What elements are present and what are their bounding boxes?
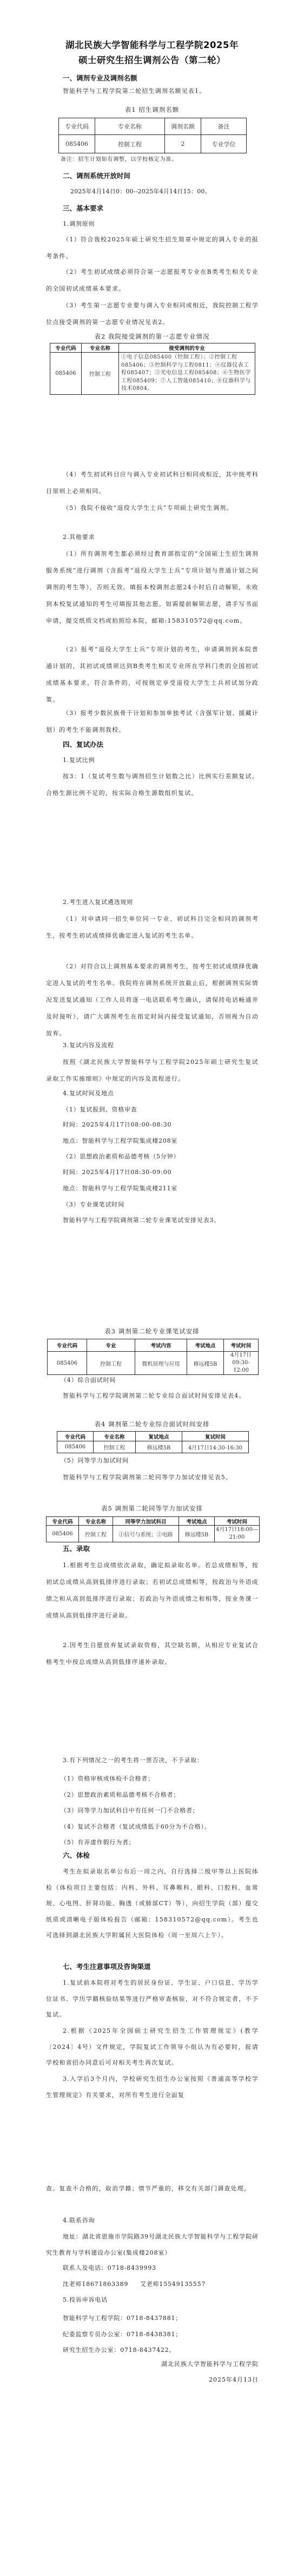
list-item: 纪委监察专员办公室：0718-8438381； bbox=[63, 2327, 182, 2343]
subheading-adjust-principle: 1.调剂原则 bbox=[63, 219, 95, 230]
table-header: 考试时间 bbox=[215, 1517, 260, 1526]
table-2-accepted-majors: 专业代码 专业名称 接受调剂的专业 085406 控制工程 ①电子信息08540… bbox=[50, 343, 255, 395]
table-cell: 085406 bbox=[57, 1441, 94, 1453]
veto-conditions-heading: 3.有下列情况之一的考生将一票否决，不予录取： bbox=[63, 1755, 203, 1766]
interview-text: 智能科学与工程学院调剂第二轮专业综合面试时间安排见表4。 bbox=[46, 1387, 259, 1404]
political-assessment-heading: （2）思想政治素质和品德考核（5分钟） bbox=[63, 1151, 180, 1162]
table-header: 调剂名额 bbox=[165, 118, 201, 135]
selection-rule-2: （2）对符合以上调剂基本要求的调剂考生，按考生初试成绩择优确定进入复试的考生名单… bbox=[46, 958, 259, 1042]
interview-heading: （4）综合面试时间 bbox=[61, 1375, 116, 1386]
table-cell: 4月17日18:00—21:00 bbox=[215, 1526, 260, 1542]
table-header: 考试地点 bbox=[187, 1339, 224, 1352]
political-assessment-time: 时间：2025年4月17日08:30-09:00 bbox=[63, 1167, 171, 1178]
table-1-caption: 表1 招生调剂名额 bbox=[0, 104, 304, 115]
contact-person-1: 沈老师18671863389 bbox=[63, 2279, 128, 2290]
requirement-2: （2）报考“退役大学生士兵”专项计划的考生，申请调剂到本院普通计划的，其初试成绩… bbox=[46, 641, 259, 708]
table-header: 考试内容 bbox=[135, 1339, 187, 1352]
equivalent-exam-text: 智能科学与工程学院调剂第二轮同等学力加试安排见表5。 bbox=[46, 1469, 259, 1486]
table-row: 085406 控制工程 2 专业学位 bbox=[59, 135, 247, 153]
table-1-note: 备注：招生计划如有调整，以学校核定为准。 bbox=[61, 155, 177, 165]
title-line-2: 硕士研究生招生调剂公告（第二轮） bbox=[0, 53, 304, 68]
table-cell: 085406 bbox=[50, 353, 82, 395]
table-1-quota: 专业代码 专业名称 调剂名额 备注 085406 控制工程 2 专业学位 bbox=[58, 118, 247, 153]
table-header: 复试时间 bbox=[182, 1432, 249, 1441]
table-5-caption: 表5 调剂第二轮同等学力加试安排 bbox=[0, 1503, 304, 1514]
principle-4: （4）考生初试科目应与调入专业初试科目相同或相近，其中统考科目原则上必须相同。 bbox=[46, 466, 259, 500]
retest-ratio-text: 按3：1（复试考生数与调剂招生计划数之比）比例实行差额复试。合格生源比例不足的，… bbox=[46, 768, 259, 801]
signature-date: 2025年4月13日 bbox=[209, 2375, 259, 2385]
table-cell: 修远楼5B bbox=[187, 1352, 224, 1375]
principle-3: （3）考生第一志愿专业要与调入专业相同或相近，我院控制工程学位点接受调剂的第一志… bbox=[46, 297, 259, 331]
table-row: 085406 控制工程 ①信号与系统；②电路 修远楼5B 4月17日18:00—… bbox=[47, 1526, 260, 1542]
table-cell: 专业学位 bbox=[201, 135, 247, 153]
list-item: （3）同等学力加试科目中有任何一门不合格者； bbox=[61, 1803, 211, 1819]
section-6-heading: 六、体检 bbox=[63, 1850, 90, 1861]
table-cell: 085406 bbox=[59, 135, 95, 153]
signature-organization: 湖北民族大学智能科学与工程学院 bbox=[161, 2359, 259, 2370]
subheading-selection-rules: 2.考生进入复试遴选规则 bbox=[63, 897, 133, 908]
table-2-caption: 表2 我院接受调剂的第一志愿专业情况 bbox=[0, 331, 304, 342]
contact-person-2: 艾老师15549135557 bbox=[140, 2279, 206, 2290]
table-4-caption: 表4 调剂第二轮专业综合面试时间安排 bbox=[0, 1419, 304, 1429]
table-3-written-exam: 专业代码 专业 考试内容 考试地点 考试时间 085406 控制工程 微机原理与… bbox=[47, 1339, 259, 1375]
list-item: 智能科学与工程学院：0718-8437881； bbox=[63, 2310, 182, 2327]
table-cell: 4月17日 09:30-12:00 bbox=[224, 1352, 259, 1375]
table-header: 专业代码 bbox=[47, 1517, 79, 1526]
table-header: 专业代码 bbox=[59, 118, 95, 135]
section-2-heading: 二、调剂系统开放时间 bbox=[63, 171, 130, 181]
table-header: 备注 bbox=[201, 118, 247, 135]
contact-address: 地址：湖北省恩施市学院路39号湖北民族大学智能科学与工程学院研究生教育与学科建设… bbox=[46, 2229, 259, 2261]
subheading-other-requirements: 2.其他要求 bbox=[63, 532, 95, 543]
checkin-place: 地点：智能科学与工程学院集成楼208室 bbox=[63, 1136, 177, 1147]
notice-2: 2.根据《2025年全国硕士研究生招生工作管理规定》(教学〔2024〕4号）文件… bbox=[46, 2023, 259, 2071]
table-cell: 微机原理与应用 bbox=[135, 1352, 187, 1375]
requirement-1: （1）所有调剂考生都必须经过教育部指定的“全国硕士生招生调剂服务系统”进行调剂（… bbox=[46, 545, 259, 629]
admission-rule-2: 2.因考生自愿放弃复试录取资格，其空缺名额，从相应专业复试合格考生中按总成绩从高… bbox=[46, 1637, 259, 1670]
table-header: 专业名称 bbox=[95, 118, 165, 135]
subheading-retest-content: 3.复试内容及流程 bbox=[63, 1040, 114, 1051]
table-header: 专业名称 bbox=[94, 1432, 136, 1441]
table-cell: ①电子信息085400（控制工程）；②控制工程085406；③控制科学与工程08… bbox=[119, 353, 255, 395]
section-7-heading: 七、考生注意事项及咨询渠道 bbox=[63, 1961, 151, 1972]
written-exam-text: 智能科学与工程学院调剂第二轮专业课笔试安排见表3。 bbox=[63, 1215, 220, 1226]
table-cell: 085406 bbox=[48, 1352, 87, 1375]
medical-exam-text: 考生在拟录取名单公布后一周之内，自行选择二级甲等以上医院体检（体检项目主要包括：… bbox=[46, 1864, 259, 1944]
principle-1: （1）符合我校2025年硕士研究生招生简章中规定的调入专业的报考条件。 bbox=[46, 231, 259, 265]
checkin-heading: （1）复试报到、资格审查 bbox=[63, 1104, 137, 1115]
table-row: 085406 控制工程 ①电子信息085400（控制工程）；②控制工程08540… bbox=[50, 353, 255, 395]
table-cell: 控制工程 bbox=[82, 353, 119, 395]
table-header: 专业 bbox=[87, 1339, 135, 1352]
table-header: 同等学力加试科目 bbox=[113, 1517, 179, 1526]
notice-1: 1.复试前本院将对考生的居民身份证、学生证、户口信息、学历学位证书、学历学籍核验… bbox=[46, 1975, 259, 2023]
table-4-interview: 专业代码 专业名称 复试地点 复试时间 085406 控制工程 修远楼5B 4月… bbox=[57, 1431, 249, 1453]
table-cell: 085406 bbox=[47, 1526, 79, 1542]
section-3-heading: 三、基本要求 bbox=[63, 203, 103, 214]
table-cell: 修远楼5B bbox=[136, 1441, 182, 1453]
list-item: （4）复试不合格者（复试成绩低于60分为不合格）。 bbox=[61, 1819, 211, 1835]
section-5-heading: 五、录取 bbox=[63, 1543, 90, 1554]
section-1-intro: 智能科学与工程学院第二轮招生调剂名额见表1。 bbox=[46, 86, 259, 97]
requirement-3: （3）报考少数民族骨干计划和参加单独考试（含强军计划、援藏计划）的考生不能调剂我… bbox=[46, 705, 259, 738]
retest-content-text: 按照《湖北民族大学智能科学与工程学院2025年硕士研究生复试录取工作实施细则》中… bbox=[46, 1054, 259, 1087]
list-item: 研究生招生办公室：0718-8437422。 bbox=[63, 2342, 182, 2358]
contact-phone: 联系人及电话：0718-8439993 bbox=[63, 2263, 156, 2274]
veto-conditions-list: （1）资格审核或体检不合格者； （2）思想政治素质和品德考核不合格者； （3）同… bbox=[61, 1771, 211, 1851]
table-cell: 控制工程 bbox=[94, 1441, 136, 1453]
table-cell: 修远楼5B bbox=[179, 1526, 215, 1542]
principle-5: （5）我院不接收“退役大学生士兵”专项硕士研究生调剂。 bbox=[46, 500, 259, 516]
table-cell: ①信号与系统；②电路 bbox=[113, 1526, 179, 1542]
table-header: 专业代码 bbox=[48, 1339, 87, 1352]
table-header: 专业名称 bbox=[82, 343, 119, 353]
complaint-phone-list: 智能科学与工程学院：0718-8437881； 纪委监察专员办公室：0718-8… bbox=[63, 2310, 182, 2358]
table-cell: 控制工程 bbox=[95, 135, 165, 153]
table-header: 接受调剂的专业 bbox=[119, 343, 255, 353]
table-cell: 控制工程 bbox=[79, 1526, 113, 1542]
subheading-retest-time-place: 4.复试时间及地点 bbox=[63, 1088, 114, 1099]
table-header: 专业名称 bbox=[79, 1517, 113, 1526]
table-header: 专业代码 bbox=[57, 1432, 94, 1441]
list-item: （2）思想政治素质和品德考核不合格者； bbox=[61, 1787, 211, 1803]
notice-3-part-1: 3.入学后3个月内，学校研究生招生办公室按照《普通高等学校学生管理规定》有关要求… bbox=[46, 2071, 259, 2103]
table-cell: 2 bbox=[165, 135, 201, 153]
document-title: 湖北民族大学智能科学与工程学院2025年 硕士研究生招生调剂公告（第二轮） bbox=[0, 38, 304, 68]
selection-rule-1: （1）对申请同一招生单位同一专业、初试科目完全相同的调剂考生，按考生初试成绩择优… bbox=[46, 911, 259, 944]
checkin-time: 时间：2025年4月17日08:00-08:30 bbox=[63, 1120, 171, 1130]
table-5-equivalent-exam: 专业代码 专业名称 同等学力加试科目 考试地点 考试时间 085406 控制工程… bbox=[46, 1516, 260, 1542]
list-item: （5）有弄虚作假行为者； bbox=[61, 1835, 211, 1851]
table-header: 考试时间 bbox=[224, 1339, 259, 1352]
table-row: 085406 控制工程 微机原理与应用 修远楼5B 4月17日 09:30-12… bbox=[48, 1352, 259, 1375]
notice-3-part-2: 查。复查不合格的，取消学籍；情节严重的，移交有关部门调查处理。 bbox=[46, 2181, 259, 2197]
subheading-complaints: 5.投诉申诉电话 bbox=[63, 2295, 108, 2305]
subheading-retest-ratio: 1.复试比例 bbox=[63, 755, 95, 766]
table-header: 考试地点 bbox=[179, 1517, 215, 1526]
written-exam-heading: （3）专业课笔试时间 bbox=[63, 1199, 124, 1210]
subheading-contact: 4.联系咨询 bbox=[63, 2215, 95, 2226]
table-header: 复试地点 bbox=[136, 1432, 182, 1441]
political-assessment-place: 地点：智能科学与工程学院集成楼211室 bbox=[63, 1183, 177, 1194]
table-header: 专业代码 bbox=[50, 343, 82, 353]
table-3-caption: 表3 调剂第二轮专业课笔试安排 bbox=[0, 1326, 304, 1337]
table-row: 085406 控制工程 修远楼5B 4月17日14:30-16:30 bbox=[57, 1441, 249, 1453]
equivalent-exam-heading: （5）同等学力加试时间 bbox=[61, 1455, 129, 1466]
title-line-1: 湖北民族大学智能科学与工程学院2025年 bbox=[0, 38, 304, 53]
principle-2: （2）考生初试成绩必须符合第一志愿报考专业在B类考生相关专业的全国初试成绩基本要… bbox=[46, 264, 259, 297]
table-cell: 4月17日14:30-16:30 bbox=[182, 1441, 249, 1453]
admission-rule-1: 1.根据考生总成绩依次录取，确定拟录取名单。若总成绩相等，按初试总成绩从高到低排… bbox=[46, 1557, 259, 1624]
list-item: （1）资格审核或体检不合格者； bbox=[61, 1771, 211, 1787]
section-1-heading: 一、调剂专业及调剂名额 bbox=[63, 73, 137, 84]
section-4-heading: 四、复试办法 bbox=[63, 739, 103, 750]
table-cell: 控制工程 bbox=[87, 1352, 135, 1375]
system-open-time: 2025年4月14日0：00--2025年4月14日15：00。 bbox=[70, 186, 211, 197]
